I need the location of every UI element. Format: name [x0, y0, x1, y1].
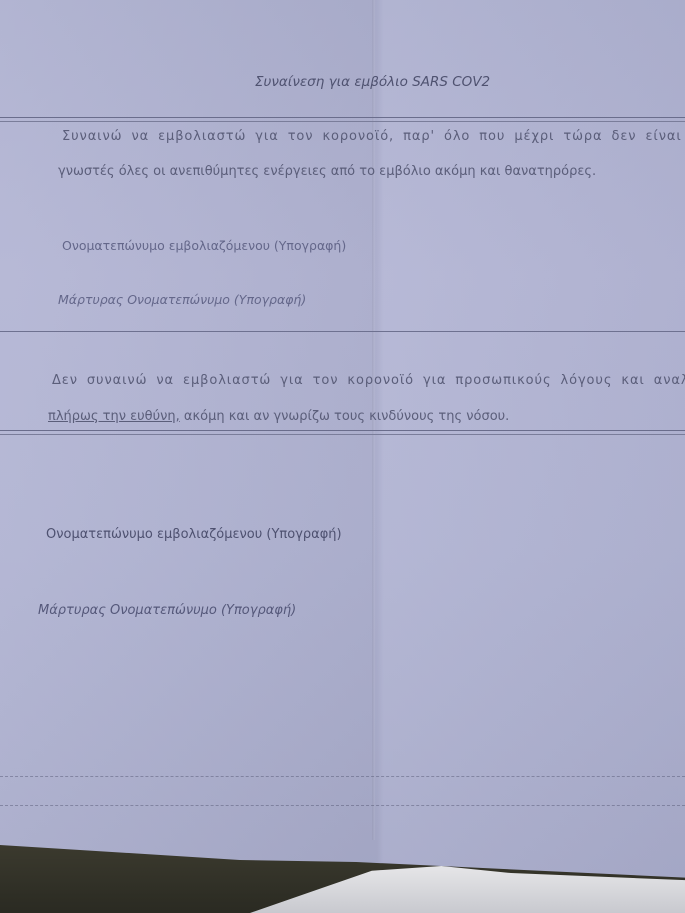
refusal-underlined-text: πλήρως την ευθύνη, [48, 409, 180, 424]
consent-signature-vaccinee: Ονοματεπώνυμο εμβολιαζόμενου (Υπογραφή) [62, 238, 346, 253]
consent-signature-witness: Μάρτυρας Ονοματεπώνυμο (Υπογραφή) [58, 292, 306, 307]
consent-text-line-1: Συναινώ να εμβολιαστώ για τον κορονοϊό, … [62, 129, 685, 144]
faint-print-line [0, 776, 685, 777]
refusal-text-line-2: πλήρως την ευθύνη, ακόμη και αν γνωρίζω … [48, 409, 509, 424]
section-divider [0, 117, 685, 122]
section-divider [0, 430, 685, 435]
refusal-text-rest: ακόμη και αν γνωρίζω τους κινδύνους της … [180, 409, 510, 424]
paper-sheet: Συναίνεση για εμβόλιο SARS COV2 Συναινώ … [0, 0, 685, 913]
faint-print-line [0, 805, 685, 806]
refusal-signature-witness: Μάρτυρας Ονοματεπώνυμο (Υπογραφή) [38, 603, 296, 618]
consent-text-line-2: γνωστές όλες οι ανεπιθύμητες ενέργειες α… [58, 164, 596, 179]
refusal-signature-vaccinee: Ονοματεπώνυμο εμβολιαζόμενου (Υπογραφή) [46, 527, 342, 542]
section-divider [0, 331, 685, 332]
refusal-text-line-1: Δεν συναινώ να εμβολιαστώ για τον κορονο… [52, 373, 685, 388]
document-title: Συναίνεση για εμβόλιο SARS COV2 [255, 74, 490, 90]
